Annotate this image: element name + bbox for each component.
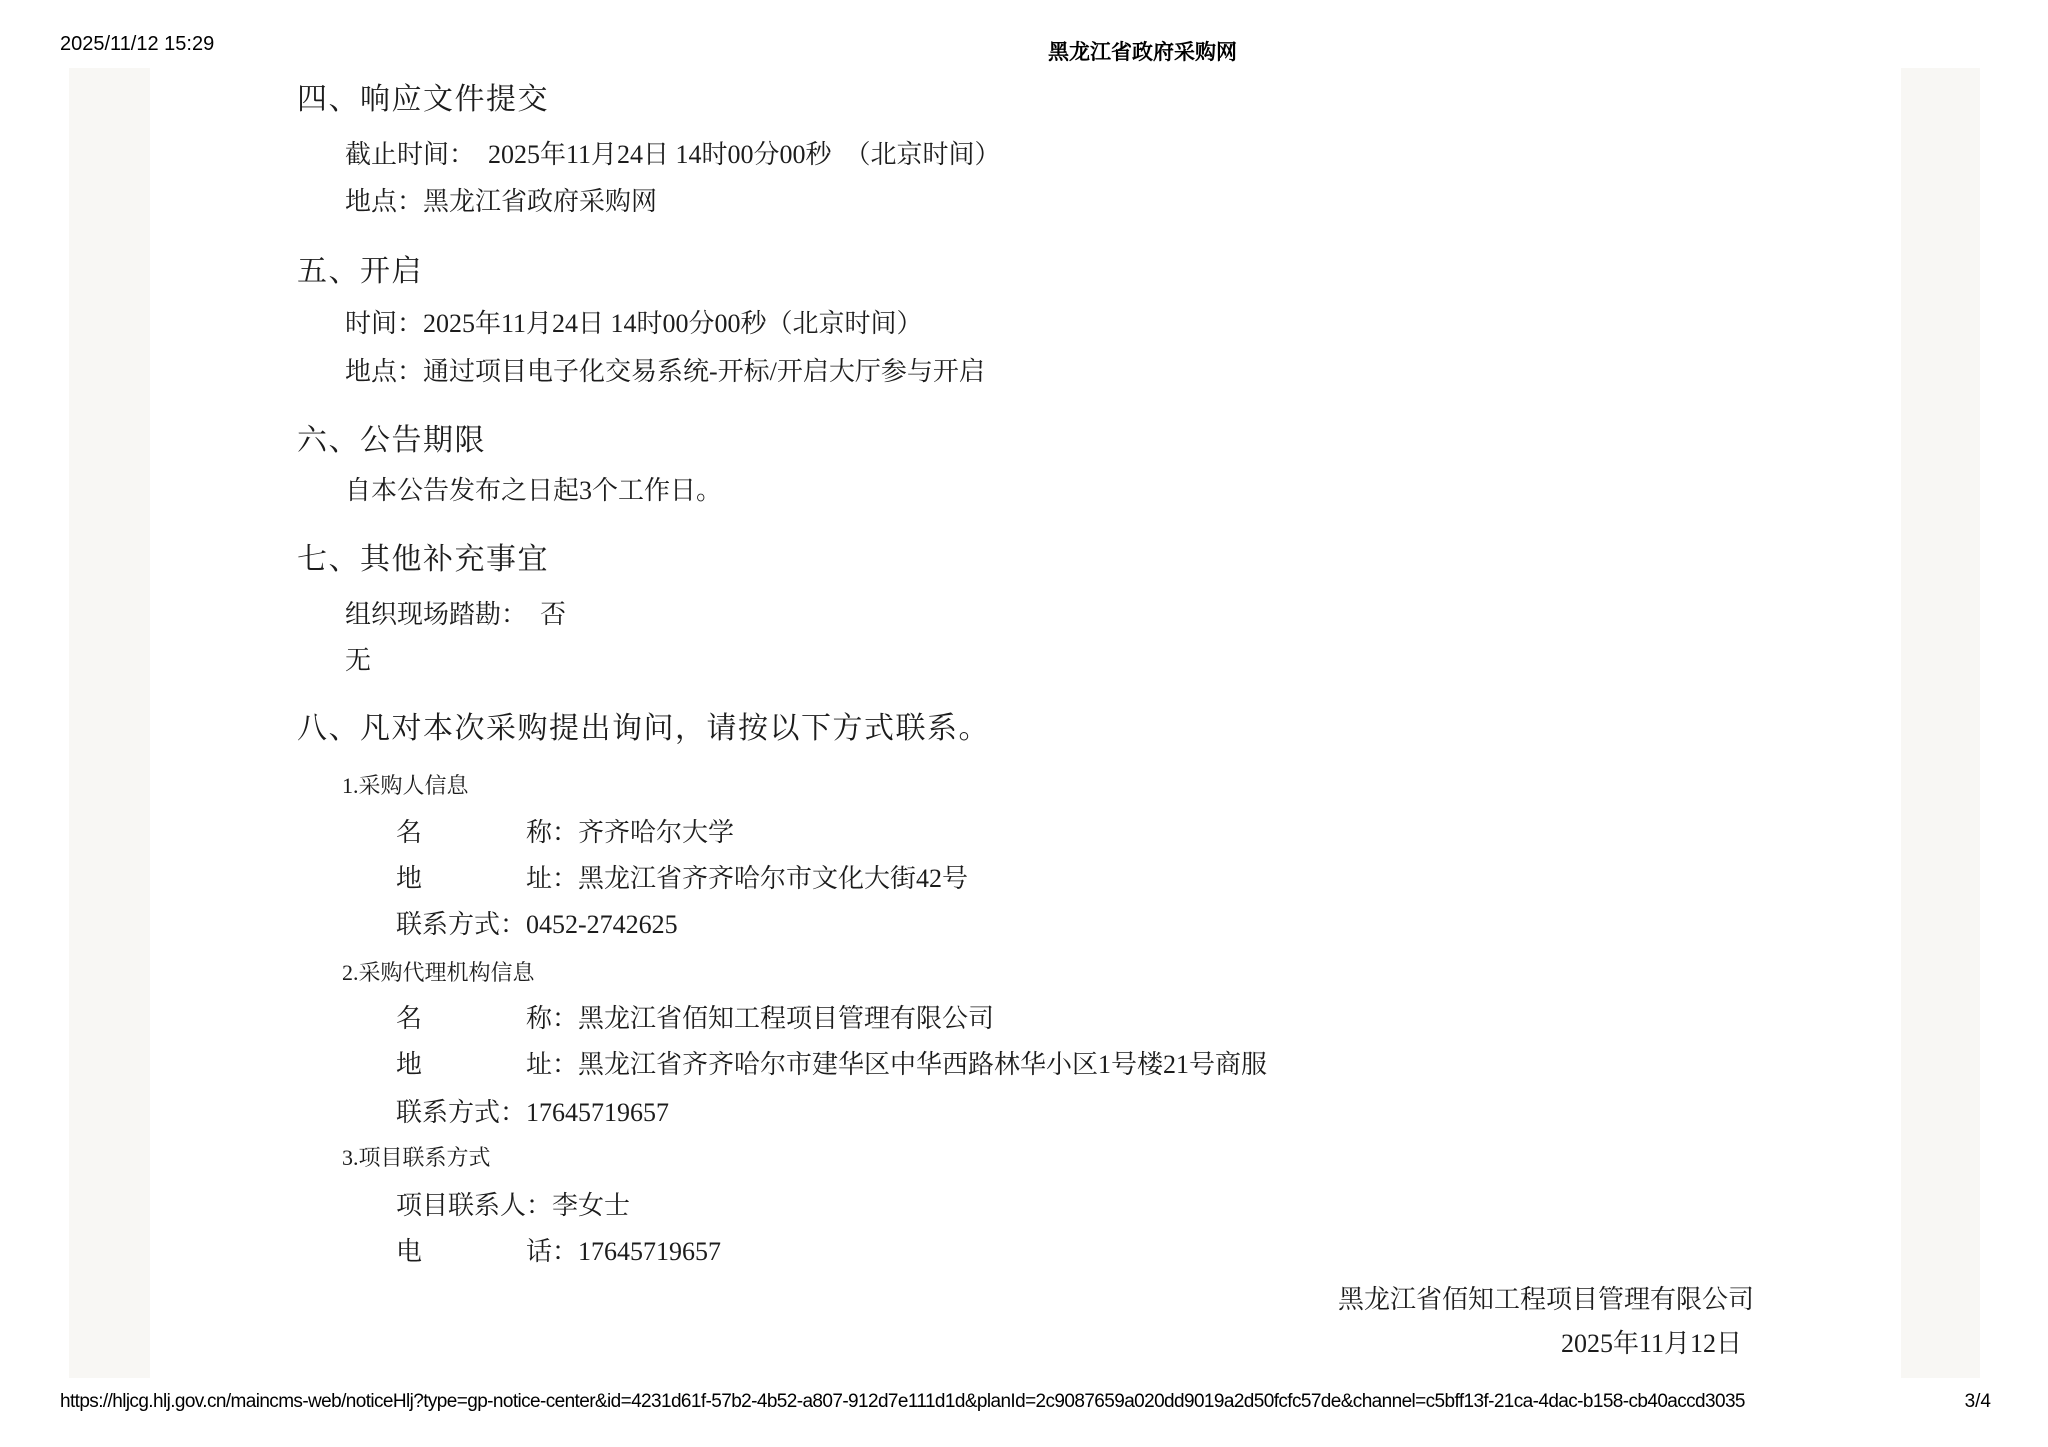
- body-line: 地点：黑龙江省政府采购网: [345, 189, 657, 215]
- print-footer-page-indicator: 3/4: [1965, 1391, 1991, 1413]
- contact-detail-line: 地 址：黑龙江省齐齐哈尔市文化大街42号: [396, 866, 968, 892]
- section-heading-7: 七、其他补充事宜: [297, 545, 549, 575]
- body-line: 无: [345, 648, 371, 674]
- contact-detail-line: 项目联系人：李女士: [396, 1193, 630, 1219]
- body-line: 时间：2025年11月24日 14时00分00秒（北京时间）: [345, 311, 923, 337]
- signature-date: 2025年11月12日: [1561, 1331, 1742, 1357]
- contact-group-label: 2.采购代理机构信息: [342, 962, 535, 984]
- body-line: 自本公告发布之日起3个工作日。: [345, 478, 722, 504]
- contact-detail-line: 名 称：齐齐哈尔大学: [396, 820, 734, 846]
- section-heading-4: 四、响应文件提交: [297, 85, 549, 115]
- section-heading-8: 八、凡对本次采购提出询问，请按以下方式联系。: [297, 714, 990, 744]
- contact-group-label: 3.项目联系方式: [342, 1147, 491, 1169]
- print-preview-page: 2025/11/12 15:29 黑龙江省政府采购网 四、响应文件提交 截止时间…: [0, 0, 2048, 1447]
- contact-detail-line: 名 称：黑龙江省佰知工程项目管理有限公司: [396, 1006, 994, 1032]
- body-line: 地点：通过项目电子化交易系统-开标/开启大厅参与开启: [345, 359, 985, 385]
- web-margin-right: [1901, 68, 1980, 1378]
- print-header-timestamp: 2025/11/12 15:29: [60, 33, 214, 56]
- contact-detail-line: 电 话：17645719657: [396, 1239, 721, 1265]
- signature-company: 黑龙江省佰知工程项目管理有限公司: [1338, 1287, 1754, 1313]
- contact-detail-line: 联系方式：17645719657: [396, 1100, 669, 1126]
- contact-detail-line: 地 址：黑龙江省齐齐哈尔市建华区中华西路林华小区1号楼21号商服: [396, 1052, 1267, 1078]
- contact-detail-line: 联系方式：0452-2742625: [396, 912, 678, 938]
- print-footer-url: https://hljcg.hlj.gov.cn/maincms-web/not…: [60, 1391, 1745, 1413]
- body-line: 截止时间： 2025年11月24日 14时00分00秒 （北京时间）: [345, 142, 1001, 168]
- web-margin-left: [69, 68, 150, 1378]
- body-line: 组织现场踏勘： 否: [345, 602, 566, 628]
- section-heading-6: 六、公告期限: [297, 426, 486, 456]
- section-heading-5: 五、开启: [297, 257, 423, 287]
- print-header-title: 黑龙江省政府采购网: [1048, 36, 1237, 66]
- contact-group-label: 1.采购人信息: [342, 775, 469, 797]
